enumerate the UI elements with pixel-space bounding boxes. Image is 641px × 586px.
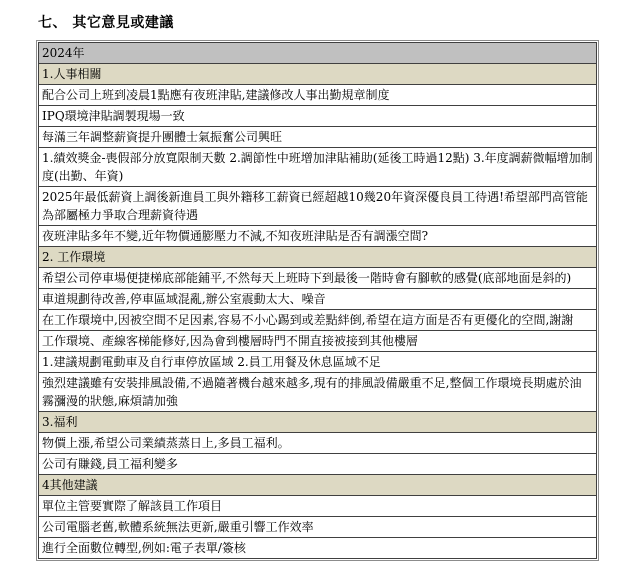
feedback-cell: 公司電腦老舊,軟體系統無法更新,嚴重引響工作效率	[39, 517, 597, 538]
year-header-cell: 2024年	[39, 43, 597, 64]
section-header-cell: 1.人事相關	[39, 64, 597, 85]
year-header-row: 2024年	[39, 43, 597, 64]
feedback-cell: 物價上漲,希望公司業績蒸蒸日上,多員工福利。	[39, 433, 597, 454]
section-header-cell: 4其他建議	[39, 475, 597, 496]
feedback-row: 單位主管要實際了解該員工作項目	[39, 496, 597, 517]
section-header-cell: 2. 工作環境	[39, 247, 597, 268]
feedback-row: IPQ環境津貼調製現場一致	[39, 106, 597, 127]
feedback-row: 工作環境、產線客梯能修好,因為會到樓層時門不開直接被接到其他樓層	[39, 331, 597, 352]
feedback-cell: 進行全面數位轉型,例如:電子表單/簽核	[39, 538, 597, 559]
feedback-cell: 在工作環境中,因被空間不足因素,容易不小心踢到或差點絆倒,希望在這方面是否有更優…	[39, 310, 597, 331]
section-header-cell: 3.福利	[39, 412, 597, 433]
feedback-table-head: 2024年	[39, 43, 597, 64]
document-page: 七、 其它意見或建議 2024年 1.人事相關配合公司上班到凌晨1點應有夜班津貼…	[0, 0, 641, 586]
feedback-cell: 配合公司上班到凌晨1點應有夜班津貼,建議修改人事出勤規章制度	[39, 85, 597, 106]
feedback-row: 物價上漲,希望公司業績蒸蒸日上,多員工福利。	[39, 433, 597, 454]
feedback-cell: 1.建議規劃電動車及自行車停放區域 2.員工用餐及休息區域不足	[39, 352, 597, 373]
feedback-row: 強烈建議雖有安裝排風設備,不過隨著機台越來越多,現有的排風設備嚴重不足,整個工作…	[39, 373, 597, 412]
feedback-cell: 公司有賺錢,員工福利變多	[39, 454, 597, 475]
feedback-cell: 2025年最低薪資上調後新進員工與外籍移工薪資已經超越10幾20年資深優良員工待…	[39, 187, 597, 226]
feedback-cell: 車道規劃待改善,停車區域混亂,辦公室震動太大、噪音	[39, 289, 597, 310]
feedback-cell: 每滿三年調整薪資提升團體士氣振奮公司興旺	[39, 127, 597, 148]
section-header-row: 1.人事相關	[39, 64, 597, 85]
feedback-row: 1.建議規劃電動車及自行車停放區域 2.員工用餐及休息區域不足	[39, 352, 597, 373]
feedback-row: 在工作環境中,因被空間不足因素,容易不小心踢到或差點絆倒,希望在這方面是否有更優…	[39, 310, 597, 331]
section-header-row: 2. 工作環境	[39, 247, 597, 268]
feedback-table-body: 1.人事相關配合公司上班到凌晨1點應有夜班津貼,建議修改人事出勤規章制度IPQ環…	[39, 64, 597, 559]
section-header-row: 4其他建議	[39, 475, 597, 496]
feedback-row: 每滿三年調整薪資提升團體士氣振奮公司興旺	[39, 127, 597, 148]
feedback-cell: 強烈建議雖有安裝排風設備,不過隨著機台越來越多,現有的排風設備嚴重不足,整個工作…	[39, 373, 597, 412]
feedback-row: 車道規劃待改善,停車區域混亂,辦公室震動太大、噪音	[39, 289, 597, 310]
feedback-cell: 工作環境、產線客梯能修好,因為會到樓層時門不開直接被接到其他樓層	[39, 331, 597, 352]
feedback-row: 希望公司停車場便捷梯底部能鋪平,不然每天上班時下到最後一階時會有腳軟的感覺(底部…	[39, 268, 597, 289]
feedback-row: 夜班津貼多年不變,近年物價通膨壓力不減,不知夜班津貼是否有調漲空間?	[39, 226, 597, 247]
feedback-cell: 1.績效獎金-喪假部分放寬限制天數 2.調節性中班增加津貼補助(延後工時過12點…	[39, 148, 597, 187]
feedback-cell: IPQ環境津貼調製現場一致	[39, 106, 597, 127]
page-title: 七、 其它意見或建議	[38, 12, 641, 32]
feedback-row: 配合公司上班到凌晨1點應有夜班津貼,建議修改人事出勤規章制度	[39, 85, 597, 106]
feedback-row: 1.績效獎金-喪假部分放寬限制天數 2.調節性中班增加津貼補助(延後工時過12點…	[39, 148, 597, 187]
feedback-table-frame: 2024年 1.人事相關配合公司上班到凌晨1點應有夜班津貼,建議修改人事出勤規章…	[36, 40, 599, 561]
feedback-row: 進行全面數位轉型,例如:電子表單/簽核	[39, 538, 597, 559]
section-header-row: 3.福利	[39, 412, 597, 433]
feedback-row: 公司有賺錢,員工福利變多	[39, 454, 597, 475]
feedback-row: 2025年最低薪資上調後新進員工與外籍移工薪資已經超越10幾20年資深優良員工待…	[39, 187, 597, 226]
feedback-table: 2024年 1.人事相關配合公司上班到凌晨1點應有夜班津貼,建議修改人事出勤規章…	[38, 42, 597, 559]
feedback-row: 公司電腦老舊,軟體系統無法更新,嚴重引響工作效率	[39, 517, 597, 538]
feedback-cell: 夜班津貼多年不變,近年物價通膨壓力不減,不知夜班津貼是否有調漲空間?	[39, 226, 597, 247]
feedback-cell: 希望公司停車場便捷梯底部能鋪平,不然每天上班時下到最後一階時會有腳軟的感覺(底部…	[39, 268, 597, 289]
feedback-cell: 單位主管要實際了解該員工作項目	[39, 496, 597, 517]
